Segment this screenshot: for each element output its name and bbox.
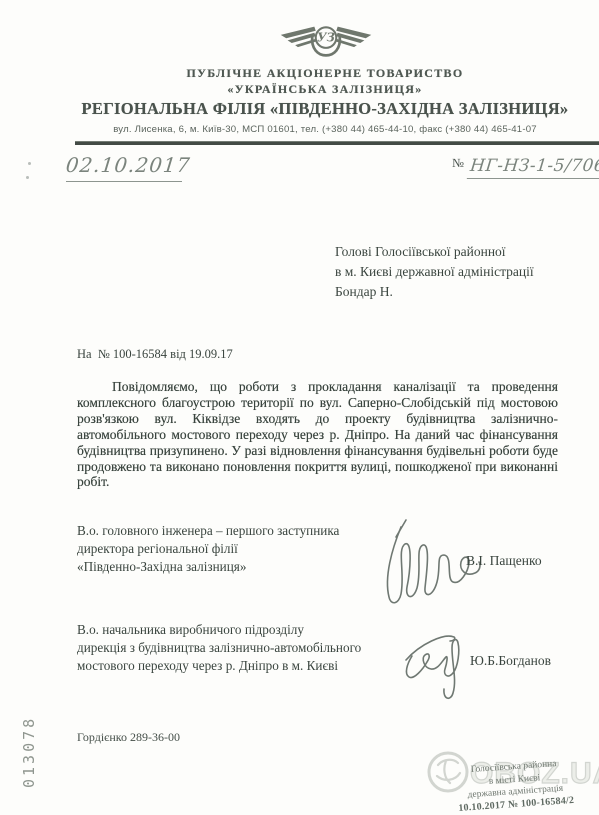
signature2-line3: мостового переходу через р. Дніпро в м. … [77, 657, 361, 675]
handwritten-date: 02.10.2017 [65, 153, 192, 177]
branch-name: РЕГІОНАЛЬНА ФІЛІЯ «ПІВДЕННО-ЗАХІДНА ЗАЛІ… [45, 99, 599, 119]
recipient-line2: в м. Києві державної адміністрації [335, 262, 534, 282]
signature2-line1: В.о. начальника виробничого підрозділу [77, 621, 361, 639]
scan-artifact [28, 162, 31, 165]
signature1-line2: директора регіональної філії [77, 540, 339, 558]
logo-monogram: УЗ [317, 31, 335, 45]
executor-contact: Гордієнко 289-36-00 [77, 730, 180, 745]
signature1-line3: «Південно-Західна залізниця» [77, 558, 339, 576]
scanned-letter-page: УЗ ПУБЛІЧНЕ АКЦІОНЕРНЕ ТОВАРИСТВО «УКРАЇ… [0, 0, 599, 815]
vertical-registration-number: 013078 [20, 718, 38, 788]
signature2-line2: дирекція з будівництва залізнично-автомо… [77, 639, 361, 657]
recipient-line1: Голові Голосіївської районної [335, 242, 534, 262]
signature1-line1: В.о. головного інженера – першого заступ… [77, 522, 339, 540]
org-address: вул. Лисенка, 6, м. Київ-30, МСП 01601, … [45, 124, 599, 135]
recipient-block: Голові Голосіївської районної в м. Києві… [335, 242, 534, 302]
handwritten-number: НГ-НЗ-1-5/706 [467, 156, 599, 179]
outgoing-number-field: № НГ-НЗ-1-5/706 [452, 156, 599, 179]
signature2-position: В.о. начальника виробничого підрозділу д… [77, 621, 361, 674]
letter-body: Повідомляємо, що роботи з прокладання ка… [77, 379, 558, 490]
scan-artifact [26, 176, 29, 179]
number-sign: № [452, 156, 464, 170]
signature1-name: В.І. Пащенко [466, 553, 542, 569]
outgoing-date-field: 02.10.2017 [66, 153, 182, 182]
reply-reference: На № 100-16584 від 19.09.17 [77, 347, 233, 362]
header-divider [75, 141, 599, 145]
signature1-position: В.о. головного інженера – першого заступ… [77, 522, 339, 575]
recipient-line3: Бондар Н. [335, 282, 534, 302]
ukrzaliznytsia-logo-icon: УЗ [278, 18, 374, 64]
signature2-name: Ю.Б.Богданов [470, 653, 551, 669]
org-name-line2: «УКРАЇНСЬКА ЗАЛІЗНИЦЯ» [45, 82, 599, 97]
signature2-autograph [396, 624, 481, 711]
org-name-line1: ПУБЛІЧНЕ АКЦІОНЕРНЕ ТОВАРИСТВО [45, 66, 599, 81]
